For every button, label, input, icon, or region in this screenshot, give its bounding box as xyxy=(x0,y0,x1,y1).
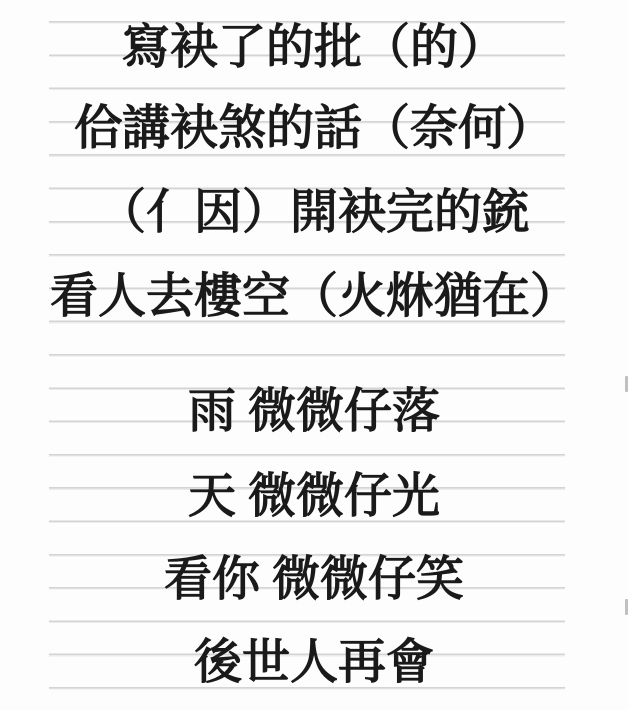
lyric-line-7: 看你 微微仔笑 xyxy=(0,555,628,605)
lyric-line-3: （亻因）開袂完的銃 xyxy=(0,188,628,238)
lyric-line-8: 後世人再會 xyxy=(0,638,628,688)
lyric-line-2: 佮講袂煞的話（奈何） xyxy=(0,104,628,154)
lyric-line-5: 雨 微微仔落 xyxy=(0,387,628,437)
lyric-line-4: 看人去樓空（火烌猶在） xyxy=(0,272,628,322)
lined-paper-sheet: 寫袂了的批（的） 佮講袂煞的話（奈何） （亻因）開袂完的銃 看人去樓空（火烌猶在… xyxy=(0,0,628,710)
lyric-line-6: 天 微微仔光 xyxy=(0,472,628,522)
lyric-line-1: 寫袂了的批（的） xyxy=(0,23,628,73)
